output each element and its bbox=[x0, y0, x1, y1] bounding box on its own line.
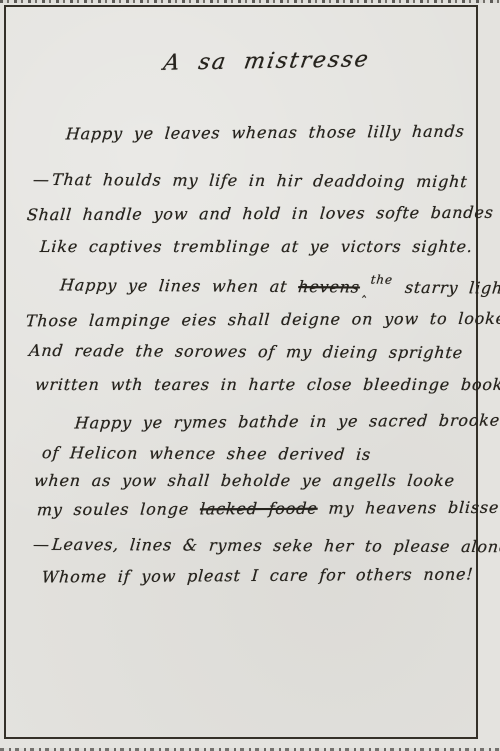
poem-line: Happy ye leaves whenas those lilly hands bbox=[65, 122, 465, 144]
flourish-dash: — bbox=[32, 170, 48, 189]
poem-line-text: Those lampinge eies shall deigne on yow … bbox=[25, 309, 500, 331]
insertion-caret: ‸ bbox=[362, 284, 369, 299]
poem-line-text: Leaves, lines & rymes seke her to please… bbox=[51, 535, 500, 556]
facsimile-frame: A sa mistresse Happy ye leaves whenas th… bbox=[4, 5, 478, 739]
poem-title: A sa mistresse bbox=[162, 47, 372, 76]
paper-surface: A sa mistresse Happy ye leaves whenas th… bbox=[6, 7, 476, 737]
poem-line-text: written wth teares in harte close bleedi… bbox=[34, 375, 500, 394]
poem-line-text: Happy ye lines when at bbox=[59, 275, 299, 296]
poem-line-text: of Helicon whence shee derived is bbox=[41, 443, 371, 464]
poem-line-text: Like captives tremblinge at ye victors s… bbox=[39, 237, 473, 256]
poem-line: Whome if yow pleast I care for others no… bbox=[41, 564, 474, 586]
poem-line: of Helicon whence shee derived is bbox=[41, 443, 371, 464]
poem-line: —Leaves, lines & rymes seke her to pleas… bbox=[32, 535, 500, 556]
poem-line: —That houlds my life in hir deaddoing mi… bbox=[32, 170, 468, 191]
struck-out-word: hevens bbox=[297, 277, 360, 296]
poem-line-text: Happy ye leaves whenas those lilly hands bbox=[65, 122, 465, 144]
inserted-word: the bbox=[370, 273, 393, 287]
poem-line: Shall handle yow and hold in loves softe… bbox=[26, 203, 494, 224]
poem-line-text: starry light bbox=[393, 278, 500, 298]
poem-line-text: Shall handle yow and hold in loves softe… bbox=[26, 203, 494, 224]
poem-line-text: my heavens blisse bbox=[317, 498, 500, 518]
poem-line-text: That houlds my life in hir deaddoing mig… bbox=[51, 170, 468, 191]
poem-line-text: when as yow shall beholde ye angells loo… bbox=[33, 471, 456, 490]
poem-line-with-correction: Happy ye lines when at hevens‸the starry… bbox=[59, 275, 500, 297]
poem-line-with-correction: my soules longe lacked foode my heavens … bbox=[36, 498, 500, 519]
flourish-dash: — bbox=[32, 535, 49, 554]
poem-line: when as yow shall beholde ye angells loo… bbox=[33, 471, 456, 490]
poem-line-text: my soules longe bbox=[36, 499, 200, 519]
poem-line: Those lampinge eies shall deigne on yow … bbox=[25, 309, 500, 331]
poem-line-text: Whome if yow pleast I care for others no… bbox=[41, 564, 474, 586]
manuscript-page: A sa mistresse Happy ye leaves whenas th… bbox=[0, 0, 500, 751]
poem-line: Happy ye rymes bathde in ye sacred brook… bbox=[74, 410, 500, 432]
poem-line: And reade the sorowes of my dieing sprig… bbox=[28, 341, 464, 362]
poem-line: written wth teares in harte close bleedi… bbox=[34, 375, 500, 394]
scan-edge-top bbox=[0, 0, 500, 3]
poem-line-text: Happy ye rymes bathde in ye sacred brook… bbox=[74, 410, 500, 432]
struck-out-words: lacked foode bbox=[199, 499, 318, 519]
poem-line: Like captives tremblinge at ye victors s… bbox=[39, 237, 473, 256]
poem-line-text: And reade the sorowes of my dieing sprig… bbox=[28, 341, 464, 362]
